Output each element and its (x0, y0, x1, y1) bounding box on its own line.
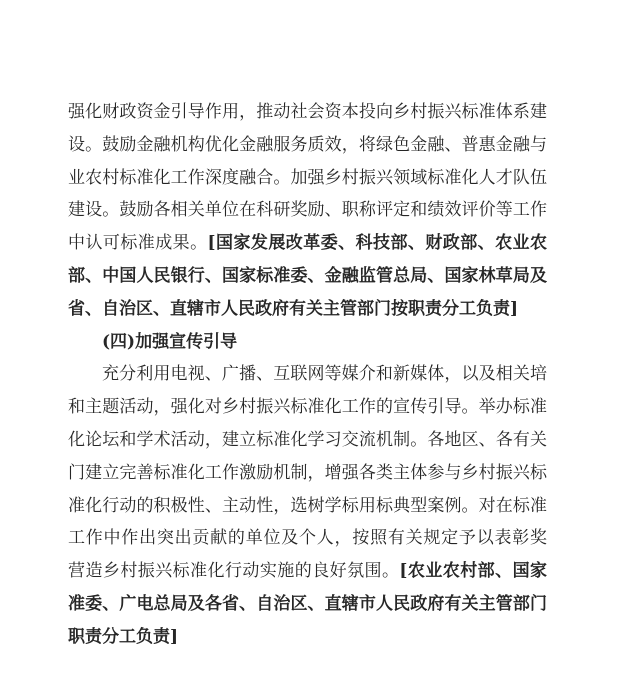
paragraph-2-line-5: 准化行动的积极性、主动性，选树学标用标典型案例。对在标准化 (68, 490, 547, 523)
paragraph-1-line-2: 设。鼓励金融机构优化金融服务质效，将绿色金融、普惠金融与农 (68, 129, 547, 162)
paragraph-2-line-4: 门建立完善标准化工作激励机制，增强各类主体参与乡村振兴标 (68, 457, 547, 490)
paragraph-2-line-2: 和主题活动，强化对乡村振兴标准化工作的宣传引导。举办标准 (68, 391, 547, 424)
text-segment: 营造乡村振兴标准化行动实施的良好氛围。 (68, 561, 399, 581)
bold-text-segment: 省、自治区、直辖市人民政府有关主管部门按职责分工负责] (68, 299, 518, 319)
paragraph-2-line-1: 充分利用电视、广播、互联网等媒介和新媒体，以及相关培训 (68, 358, 547, 391)
paragraph-1-line-1: 强化财政资金引导作用，推动社会资本投向乡村振兴标准体系建 (68, 96, 547, 129)
paragraph-2-line-7: 营造乡村振兴标准化行动实施的良好氛围。[农业农村部、国家标 (68, 555, 547, 588)
text-segment: 业农村标准化工作深度融合。加强乡村振兴领域标准化人才队伍 (68, 168, 547, 188)
text-segment: 建设。鼓励各相关单位在科研奖励、职称评定和绩效评价等工作 (68, 200, 547, 220)
paragraph-1-line-4: 建设。鼓励各相关单位在科研奖励、职称评定和绩效评价等工作 (68, 194, 547, 227)
bold-text-segment: 职责分工负责] (68, 627, 178, 647)
bold-text-segment: (四)加强宣传引导 (102, 332, 237, 352)
paragraph-1-line-6: 部、中国人民银行、国家标准委、金融监管总局、国家林草局及各 (68, 260, 547, 293)
paragraph-1-line-5: 中认可标准成果。[国家发展改革委、科技部、财政部、农业农村 (68, 227, 547, 260)
document-text-block: 强化财政资金引导作用，推动社会资本投向乡村振兴标准体系建设。鼓励金融机构优化金融… (68, 96, 547, 654)
text-segment: 化论坛和学术活动，建立标准化学习交流机制。各地区、各有关部 (68, 430, 547, 457)
text-segment: 工作中作出突出贡献的单位及个人，按照有关规定予以表彰奖励， (68, 528, 547, 555)
document-page: 强化财政资金引导作用，推动社会资本投向乡村振兴标准体系建设。鼓励金融机构优化金融… (0, 0, 619, 700)
text-segment: 充分利用电视、广播、互联网等媒介和新媒体，以及相关培训 (68, 364, 547, 391)
paragraph-1-line-3: 业农村标准化工作深度融合。加强乡村振兴领域标准化人才队伍 (68, 162, 547, 195)
paragraph-1-line-7: 省、自治区、直辖市人民政府有关主管部门按职责分工负责] (68, 293, 547, 326)
bold-text-segment: 部、中国人民银行、国家标准委、金融监管总局、国家林草局及各 (68, 266, 547, 293)
paragraph-2-line-9: 职责分工负责] (68, 621, 547, 654)
text-segment: 门建立完善标准化工作激励机制，增强各类主体参与乡村振兴标 (68, 463, 547, 483)
bold-text-segment: 准委、广电总局及各省、自治区、直辖市人民政府有关主管部门按 (68, 594, 547, 621)
text-segment: 设。鼓励金融机构优化金融服务质效，将绿色金融、普惠金融与农 (68, 135, 547, 162)
text-segment: 和主题活动，强化对乡村振兴标准化工作的宣传引导。举办标准 (68, 397, 547, 417)
text-segment: 中认可标准成果。 (68, 233, 208, 253)
paragraph-2-line-6: 工作中作出突出贡献的单位及个人，按照有关规定予以表彰奖励， (68, 522, 547, 555)
text-segment: 准化行动的积极性、主动性，选树学标用标典型案例。对在标准化 (68, 496, 547, 523)
paragraph-2-line-8: 准委、广电总局及各省、自治区、直辖市人民政府有关主管部门按 (68, 588, 547, 621)
text-segment: 强化财政资金引导作用，推动社会资本投向乡村振兴标准体系建 (68, 102, 547, 122)
paragraph-2-line-3: 化论坛和学术活动，建立标准化学习交流机制。各地区、各有关部 (68, 424, 547, 457)
section-heading: (四)加强宣传引导 (68, 326, 547, 359)
